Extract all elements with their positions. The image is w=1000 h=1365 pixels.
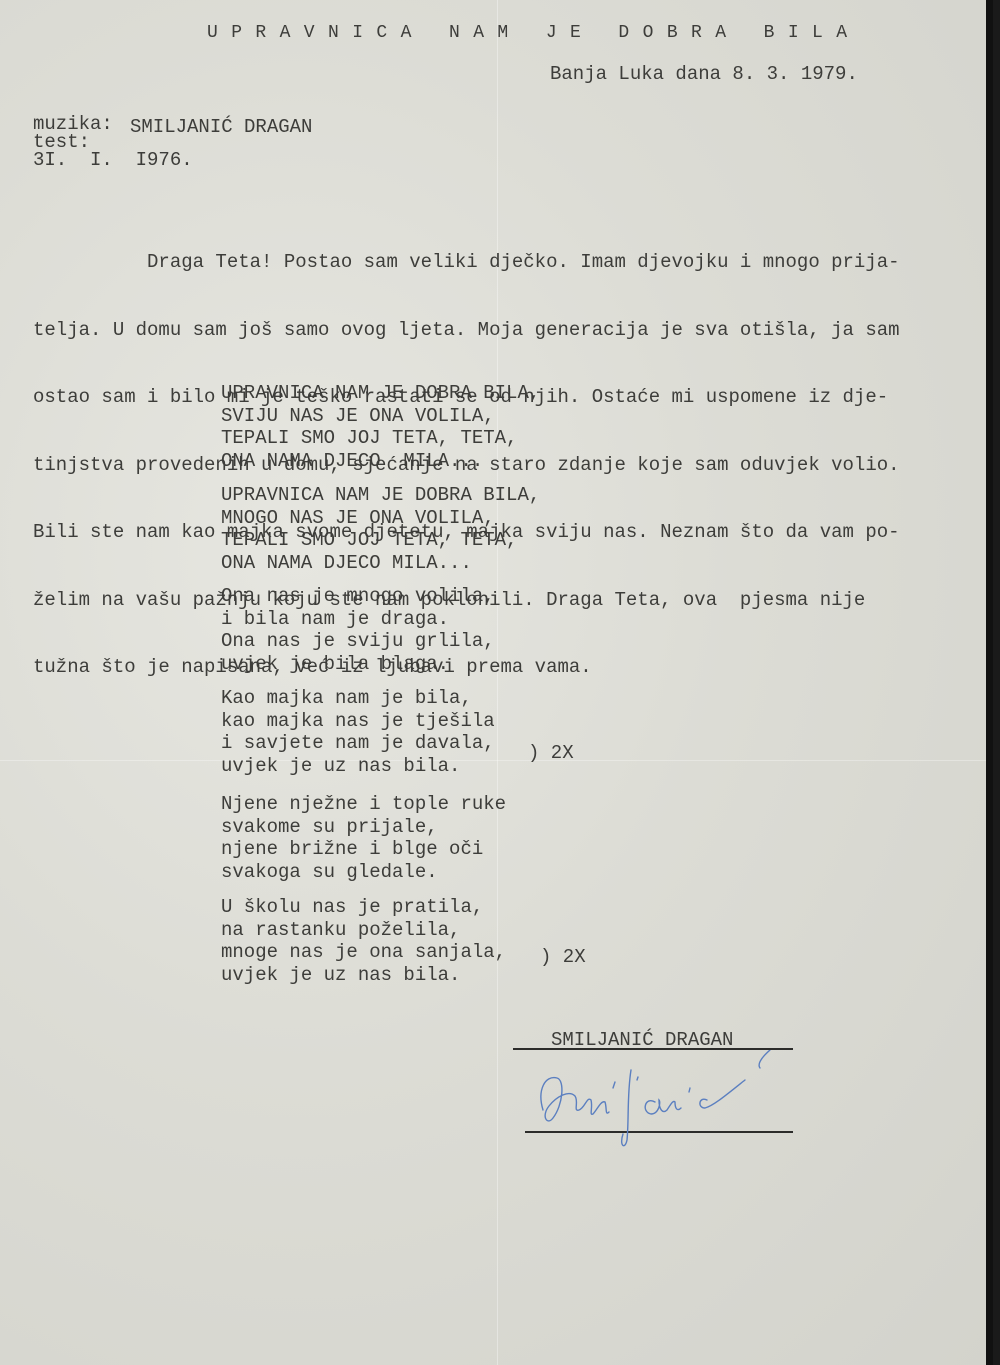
verse-line: Ona nas je sviju grlila, [221,630,495,653]
verse-line: Njene nježne i tople ruke [221,793,506,816]
letter-line: telja. U domu sam još samo ovog ljeta. M… [33,319,973,342]
dateline: Banja Luka dana 8. 3. 1979. [550,63,858,86]
stanza: U školu nas je pratila, na rastanku pože… [221,896,506,986]
verse-line: kao majka nas je tješila [221,710,495,733]
verse-line: i savjete nam je davala, [221,732,495,755]
verse-line: UPRAVNICA NAM JE DOBRA BILA, [221,382,540,405]
verse-line: SVIJU NAS JE ONA VOLILA, [221,405,540,428]
verse-line: Ona nas je mnogo volila, [221,585,495,608]
verse-line: njene brižne i blge oči [221,838,506,861]
verse-line: na rastanku poželila, [221,919,506,942]
paper-fold-horizontal [0,760,993,761]
verse-line: uvjek je uz nas bila. [221,755,495,778]
verse-line: MNOGO NAS JE ONA VOLILA, [221,507,540,530]
stanza: UPRAVNICA NAM JE DOBRA BILA, MNOGO NAS J… [221,484,540,574]
verse-line: UPRAVNICA NAM JE DOBRA BILA, [221,484,540,507]
stanza: Kao majka nam je bila, kao majka nas je … [221,687,495,777]
verse-line: U školu nas je pratila, [221,896,506,919]
verse-line: uvjek je uz nas bila. [221,964,506,987]
author-name: SMILJANIĆ DRAGAN [130,116,312,139]
stanza: Njene nježne i tople ruke svakome su pri… [221,793,506,883]
handwritten-signature [535,1050,795,1150]
verse-line: Kao majka nam je bila, [221,687,495,710]
verse-line: ONA NAMA DJECO MILA... [221,552,540,575]
letter-line: želim na vašu pažnju koju ste nam poklon… [33,589,973,612]
stanza: UPRAVNICA NAM JE DOBRA BILA, SVIJU NAS J… [221,382,540,472]
typewritten-letter-page: UPRAVNICA NAM JE DOBRA BILA Banja Luka d… [0,0,993,1365]
repeat-marker: ) 2X [528,742,574,765]
verse-line: i bila nam je draga. [221,608,495,631]
verse-line: ONA NAMA DJECO MILA... [221,450,540,473]
verse-line: uvjek je bila blaga. [221,653,495,676]
letter-line: tužna što je napisana, već iz ljubavi pr… [33,656,973,679]
verse-line: TEPALI SMO JOJ TETA, TETA, [221,529,540,552]
song-title: UPRAVNICA NAM JE DOBRA BILA [207,22,860,45]
scan-edge [986,0,993,1365]
date-written: 3I. I. I976. [33,149,193,172]
verse-line: mnoge nas je ona sanjala, [221,941,506,964]
verse-line: svakoga su gledale. [221,861,506,884]
stanza: Ona nas je mnogo volila, i bila nam je d… [221,585,495,675]
letter-line: Draga Teta! Postao sam veliki dječko. Im… [33,251,973,274]
verse-line: svakome su prijale, [221,816,506,839]
verse-line: TEPALI SMO JOJ TETA, TETA, [221,427,540,450]
repeat-marker: ) 2X [540,946,586,969]
